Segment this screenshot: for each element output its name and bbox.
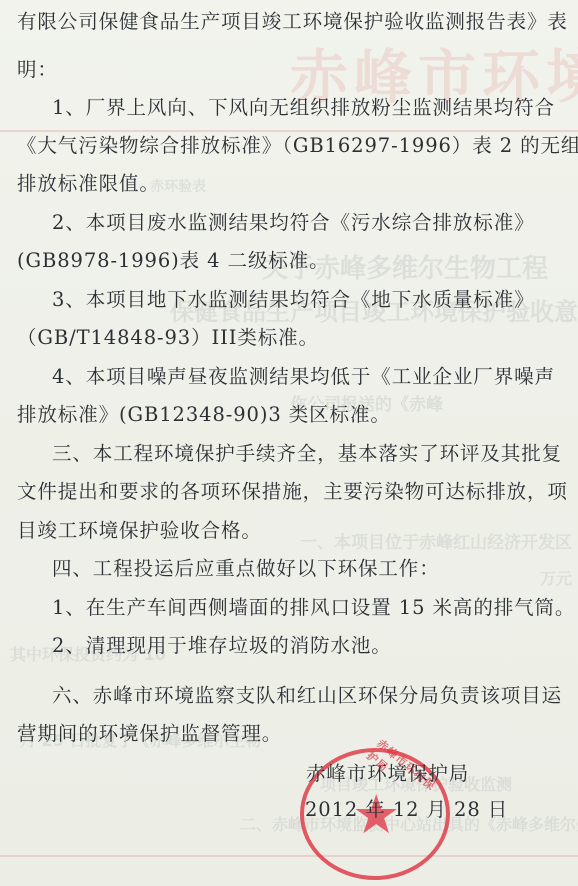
line-text: (GB8978-1996)表 4 二级标准。 (17, 249, 330, 273)
date-line: 2012 年 12 月 28 日 (305, 798, 508, 822)
line-text: 营期间的环境保护监督管理。 (17, 722, 282, 746)
line-text: 目竣工环境保护验收合格。 (17, 519, 262, 543)
line-text: 1、在生产车间西侧墙面的排风口设置 15 米高的排气筒。 (52, 596, 575, 620)
line-text: （GB/T14848-93）III类标准。 (17, 326, 319, 350)
text-line: 有限公司保健食品生产项目竣工环境保护验收监测报告表》表 (0, 10, 578, 34)
text-line: 排放标准》(GB12348-90)3 类区标准。 (0, 403, 578, 427)
line-text: 2、本项目废水监测结果均符合《污水综合排放标准》 (52, 211, 535, 235)
line-text: 2、清理现用于堆存垃圾的消防水池。 (52, 634, 392, 658)
issuer-line: 赤峰市环境保护局 (306, 762, 469, 786)
text-line: 六、赤峰市环境监察支队和红山区环保分局负责该项目运 (0, 684, 578, 708)
line-text: 排放标准》(GB12348-90)3 类区标准。 (17, 403, 391, 427)
text-line: 排放标准限值。 (0, 172, 578, 196)
text-line: （GB/T14848-93）III类标准。 (0, 326, 578, 350)
text-line: 1、在生产车间西侧墙面的排风口设置 15 米高的排气筒。 (0, 596, 578, 620)
text-line: 4、本项目噪声昼夜监测结果均低于《工业企业厂界噪声 (0, 365, 578, 389)
line-text: 六、赤峰市环境监察支队和红山区环保分局负责该项目运 (52, 684, 562, 708)
line-text: 明： (17, 58, 58, 82)
text-line: (GB8978-1996)表 4 二级标准。 (0, 249, 578, 273)
line-text: 《大气污染物综合排放标准》（GB16297-1996）表 2 的无组织 (17, 134, 578, 158)
text-line: 四、工程投运后应重点做好以下环保工作： (0, 557, 578, 581)
text-line: 营期间的环境保护监督管理。 (0, 722, 578, 746)
text-line: 1、厂界上风向、下风向无组织排放粉尘监测结果均符合 (0, 96, 578, 120)
line-text: 1、厂界上风向、下风向无组织排放粉尘监测结果均符合 (52, 96, 555, 120)
line-text: 有限公司保健食品生产项目竣工环境保护验收监测报告表》表 (17, 10, 568, 34)
line-text: 文件提出和要求的各项环保措施，主要污染物可达标排放，项 (17, 480, 568, 504)
line-text: 3、本项目地下水监测结果均符合《地下水质量标准》 (52, 288, 535, 312)
issuer-name: 赤峰市环境保护局 (306, 762, 469, 786)
line-text: 排放标准限值。 (17, 172, 160, 196)
red-guide-line (0, 855, 578, 857)
red-guide-line (0, 130, 578, 132)
line-text: 四、工程投运后应重点做好以下环保工作： (52, 557, 440, 581)
text-line: 目竣工环境保护验收合格。 (0, 519, 578, 543)
issue-date: 2012 年 12 月 28 日 (305, 798, 508, 822)
text-line: 2、本项目废水监测结果均符合《污水综合排放标准》 (0, 211, 578, 235)
text-line: 明： (0, 58, 578, 82)
document-page: 赤峰市环境保护局 赤环验表 关于赤峰多维尔生物工程 保健食品生产项目竣工环境保护… (0, 0, 578, 886)
text-line: 3、本项目地下水监测结果均符合《地下水质量标准》 (0, 288, 578, 312)
text-line: 文件提出和要求的各项环保措施，主要污染物可达标排放，项 (0, 480, 578, 504)
text-line: 《大气污染物综合排放标准》（GB16297-1996）表 2 的无组织 (0, 134, 578, 158)
line-text: 4、本项目噪声昼夜监测结果均低于《工业企业厂界噪声 (52, 365, 555, 389)
line-text: 三、本工程环境保护手续齐全，基本落实了环评及其批复 (52, 442, 562, 466)
text-line: 2、清理现用于堆存垃圾的消防水池。 (0, 634, 578, 658)
text-line: 三、本工程环境保护手续齐全，基本落实了环评及其批复 (0, 442, 578, 466)
